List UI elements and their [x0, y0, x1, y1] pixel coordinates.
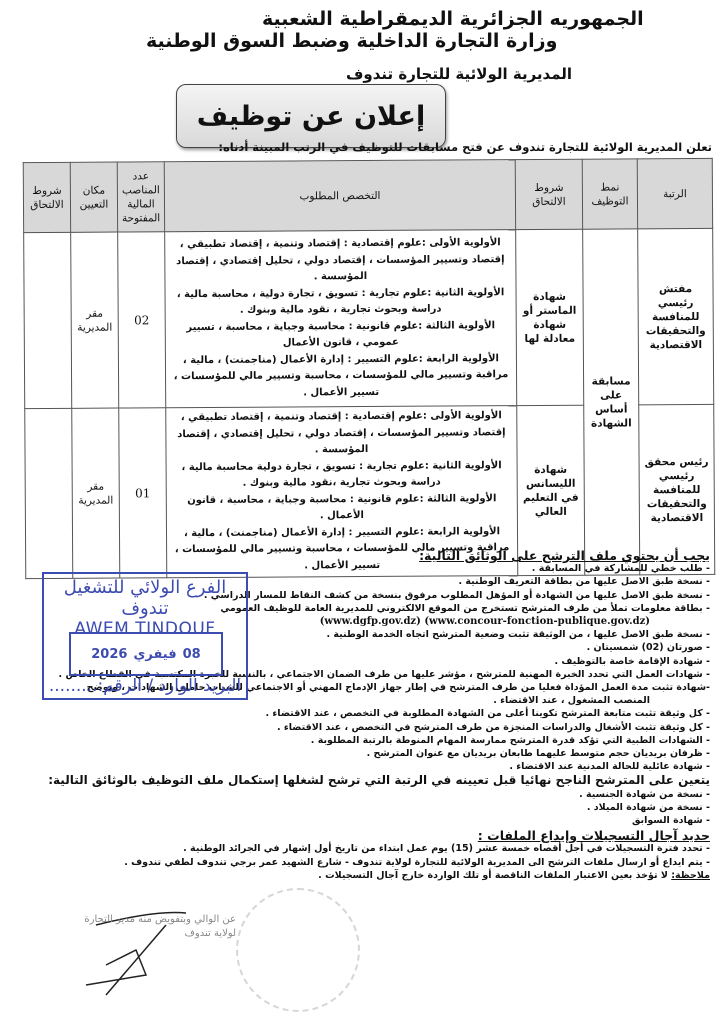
final-doc-item: - نسخة من شهادة الميلاد .: [14, 801, 710, 814]
rank-cell: مفتش رئيسي للمنافسة والتحقيقات الاقتصادي…: [638, 228, 714, 404]
deadline-item: - يتم ايداع أو ارسال ملفات الترشح الى ال…: [14, 856, 710, 869]
table-header-row: الرتبة نمط التوظيف شروط الالتحاق التخصص …: [23, 158, 712, 232]
header-republic: الجمهوريه الجزائرية الديمقراطية الشعبية: [262, 8, 644, 30]
priority-3: الأولوية الثالثة :علوم قانونية : محاسبة …: [168, 318, 514, 353]
stamp-month: فيفري: [133, 647, 176, 662]
document-item: - شهادة عائلية للحالة المدنية عند الاقتض…: [14, 760, 710, 773]
priority-2: الأولوية الثانية :علوم تجارية : تسويق ، …: [169, 458, 515, 493]
stamp-arabic: الفرع الولائي للتشغيل تندوف: [44, 577, 246, 619]
document-item: - كل وثيقة تثبت الأشغال والدراسات المنجز…: [14, 721, 710, 734]
note-text: لا تؤخذ بعين الاعتبار الملفات الناقصة أو…: [318, 870, 671, 881]
note-label: ملاحظة:: [671, 870, 710, 881]
col-conditions-2: شروط الالتحاق: [23, 162, 70, 232]
col-conditions: شروط الالتحاق: [515, 159, 582, 229]
col-posts: عدد المناصب المالية المفتوحة: [117, 162, 164, 232]
urls-text: (www.dgfp.gov.dz) (www.concour-fonction-…: [320, 615, 650, 628]
table-row: مفتش رئيسي للمنافسة والتحقيقات الاقتصادي…: [24, 228, 714, 408]
col-rank: الرتبة: [637, 158, 712, 228]
document-item: - ظرفان بريديان حجم متوسط عليهما طابعان …: [14, 747, 710, 760]
header-ministry: وزارة التجارة الداخلية وضبط السوق الوطني…: [146, 30, 557, 52]
posts-cell: 02: [118, 232, 166, 408]
col-specialty: التخصص المطلوب: [164, 160, 515, 232]
deadline-item: - تحدد فترة التسجيلات في أجل أقصاه خمسة …: [14, 842, 710, 855]
reception-stamp: الفرع الولائي للتشغيل تندوف AWEM TINDOUF…: [42, 572, 248, 700]
place-cell: مقر المديرية: [71, 232, 119, 408]
stamp-mail: البريد الوارد / الرقم:.........: [44, 676, 246, 696]
conditions-cell: شهادة الماستر أو شهادة معادلة لها: [516, 229, 584, 405]
stamp-date: 08 فيفري 2026: [69, 632, 223, 676]
mode-cell: مسابقة على أساس الشهادة: [583, 229, 640, 575]
note: ملاحظة: لا تؤخذ بعين الاعتبار الملفات ال…: [14, 869, 710, 882]
signature-text: عن الوالي وبتفويض منه مدير التجارة لولاي…: [76, 913, 236, 941]
final-doc-item: - شهادة السوابق: [14, 814, 710, 827]
col-place: مكان التعيين: [70, 162, 117, 232]
conditions-2-cell: [24, 232, 72, 408]
required-documents-heading: يجب أن يحتوي ملف الترشح على الوثائق التا…: [14, 549, 710, 562]
announcement-title: إعلان عن توظيف: [176, 84, 446, 148]
deadlines-heading: حديد آجال التسجيلات وإيداع الملفات :: [14, 829, 710, 842]
priority-3: الأولوية الثالثة :علوم قانونية : محاسبة …: [169, 491, 515, 526]
final-docs-heading: يتعين على المترشح الناجح نهائيا قبل تعيي…: [14, 774, 710, 787]
document-item: - الشهادات الطبية التي تؤكد قدرة المترشح…: [14, 734, 710, 747]
specialty-cell: الأولوية الأولى :علوم إقتصادية : إقتصاد …: [165, 230, 517, 408]
priority-1: الأولوية الأولى :علوم إقتصادية : إقتصاد …: [167, 235, 513, 287]
recruitment-announcement-page: الجمهوريه الجزائرية الديمقراطية الشعبية …: [0, 0, 724, 1024]
header-directorate: المديرية الولائية للتجارة تندوف: [346, 65, 572, 83]
positions-table: الرتبة نمط التوظيف شروط الالتحاق التخصص …: [23, 158, 716, 579]
stamp-day: 08: [183, 647, 201, 662]
priority-4: الأولوية الرابعة :علوم التسيير : إدارة ا…: [168, 351, 514, 403]
signature-block: عن الوالي وبتفويض منه مدير التجارة لولاي…: [36, 905, 236, 1005]
intro-text: تعلن المديرية الولائية للتجارة تندوف عن …: [218, 140, 712, 154]
col-mode: نمط التوظيف: [582, 159, 637, 229]
priority-2: الأولوية الثانية :علوم تجارية : تسويق ، …: [167, 285, 513, 320]
final-doc-item: - نسخة من شهادة الجنسية .: [14, 788, 710, 801]
document-item: - كل وثيقة تثبت متابعة المترشح تكوينا أع…: [14, 707, 710, 720]
priority-1: الأولوية الأولى :علوم إقتصادية : إقتصاد …: [168, 408, 514, 460]
official-seal-icon: [236, 888, 360, 1012]
stamp-year: 2026: [91, 647, 127, 662]
